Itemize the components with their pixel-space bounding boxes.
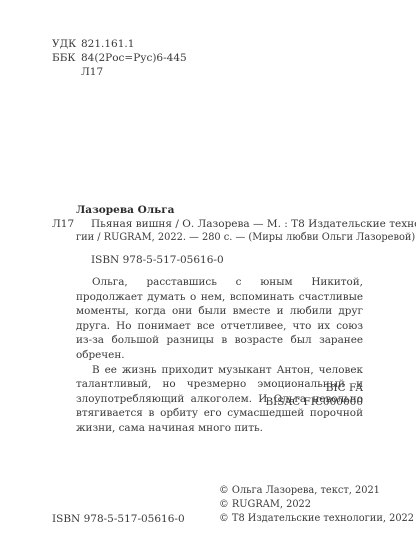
copyright-text: © Ольга Лазорева, текст, 2021	[219, 484, 380, 498]
udk-label: УДК	[52, 37, 81, 51]
udk-line: УДК821.161.1	[52, 37, 134, 51]
bib-line-2: гии / RUGRAM, 2022. — 280 с. — (Миры люб…	[76, 231, 416, 245]
author-mark-top: Л17	[81, 65, 103, 79]
bic-code: BIC FA	[326, 381, 363, 395]
bisac-code: BISAC FIC000000	[265, 395, 363, 409]
bbk-value: 84(2Рос=Рус)6-445	[81, 52, 187, 64]
author-mark: Л17	[52, 217, 74, 231]
copyright-rugram: © RUGRAM, 2022	[219, 498, 311, 512]
bib-line-1: Пьяная вишня / О. Лазорева — М. : Т8 Изд…	[91, 217, 416, 231]
annotation-paragraph: Ольга, расставшись с юным Никитой, продо…	[76, 275, 363, 363]
udk-value: 821.161.1	[81, 38, 134, 50]
bbk-label: ББК	[52, 51, 81, 65]
bbk-line: ББК84(2Рос=Рус)6-445	[52, 51, 187, 65]
isbn-record: ISBN 978-5-517-05616-0	[91, 253, 224, 267]
annotation: Ольга, расставшись с юным Никитой, продо…	[76, 275, 363, 436]
author-heading: Лазорева Ольга	[76, 203, 174, 217]
copyright-t8: © Т8 Издательские технологии, 2022	[219, 512, 414, 526]
isbn-footer: ISBN 978-5-517-05616-0	[52, 512, 185, 526]
